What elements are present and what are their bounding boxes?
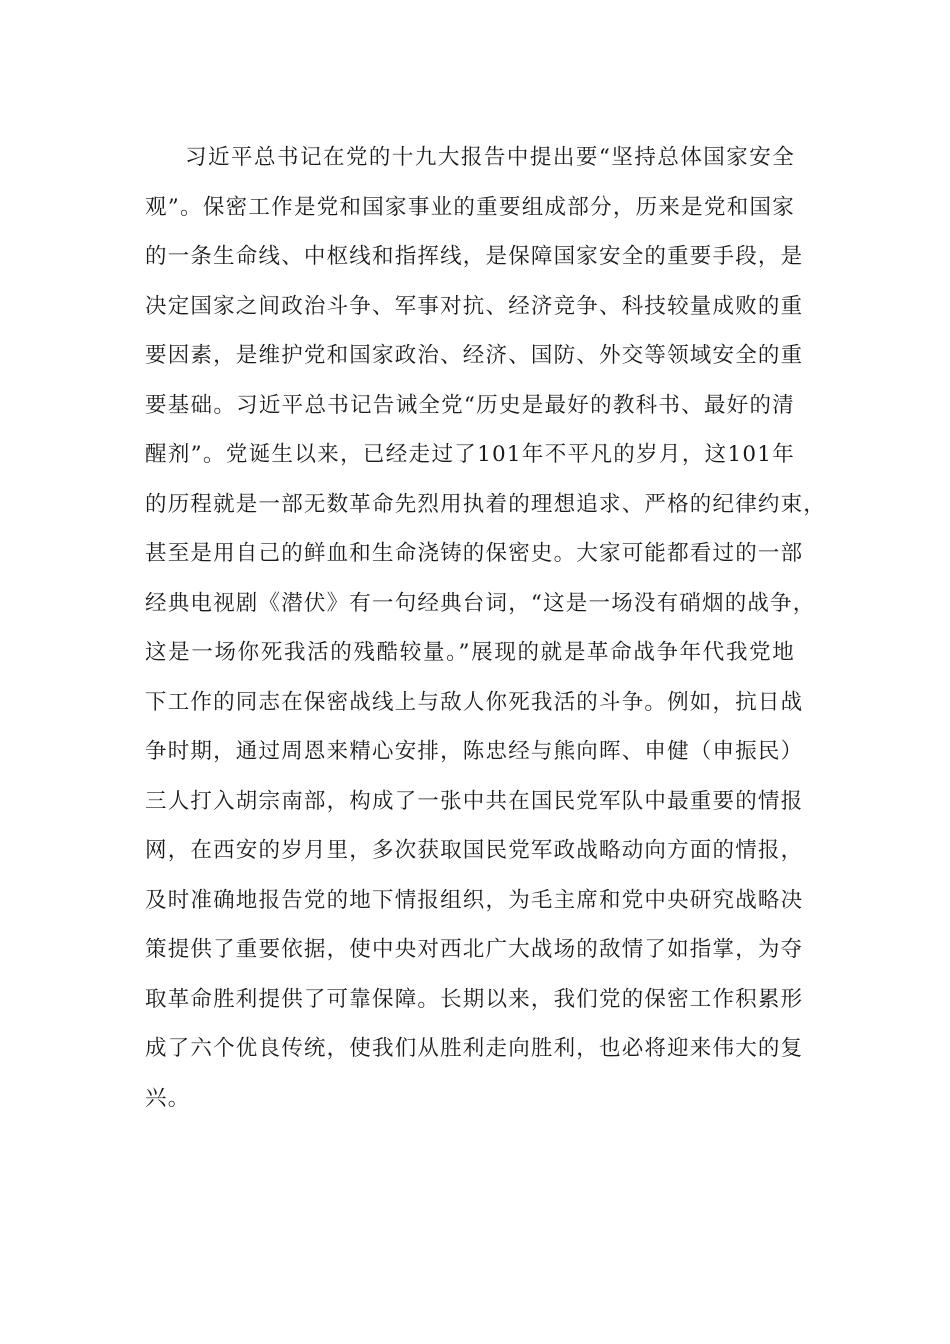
paragraph-line: 下工作的同志在保密战线上与敌人你死我活的斗争。例如，抗日战 <box>145 678 795 728</box>
paragraph-line: 争时期，通过周恩来精心安排，陈忠经与熊向晖、申健（申振民） <box>145 727 795 777</box>
paragraph-line: 策提供了重要依据，使中央对西北广大战场的敌情了如指掌，为夺 <box>145 925 795 975</box>
paragraph-line: 的历程就是一部无数革命先烈用执着的理想追求、严格的纪律约束， <box>145 480 795 530</box>
paragraph-line: 甚至是用自己的鲜血和生命浇铸的保密史。大家可能都看过的一部 <box>145 529 795 579</box>
paragraph-line: 观”。保密工作是党和国家事业的重要组成部分，历来是党和国家 <box>145 183 795 233</box>
paragraph-line: 网，在西安的岁月里，多次获取国民党军政战略动向方面的情报， <box>145 826 795 876</box>
paragraph-line: 决定国家之间政治斗争、军事对抗、经济竞争、科技较量成败的重 <box>145 282 795 332</box>
paragraph-line: 成了六个优良传统，使我们从胜利走向胜利，也必将迎来伟大的复 <box>145 1024 795 1074</box>
document-page: 习近平总书记在党的十九大报告中提出要“坚持总体国家安全 观”。保密工作是党和国家… <box>0 0 950 1344</box>
paragraph-line: 的一条生命线、中枢线和指挥线，是保障国家安全的重要手段，是 <box>145 232 795 282</box>
body-paragraph: 习近平总书记在党的十九大报告中提出要“坚持总体国家安全 观”。保密工作是党和国家… <box>145 133 795 1123</box>
paragraph-line: 要基础。习近平总书记告诫全党“历史是最好的教科书、最好的清 <box>145 381 795 431</box>
paragraph-line: 三人打入胡宗南部，构成了一张中共在国民党军队中最重要的情报 <box>145 777 795 827</box>
paragraph-line: 醒剂”。党诞生以来，已经走过了101年不平凡的岁月，这101年 <box>145 430 795 480</box>
paragraph-line: 经典电视剧《潜伏》有一句经典台词，“这是一场没有硝烟的战争， <box>145 579 795 629</box>
paragraph-line: 取革命胜利提供了可靠保障。长期以来，我们党的保密工作积累形 <box>145 975 795 1025</box>
paragraph-line: 这是一场你死我活的残酷较量。”展现的就是革命战争年代我党地 <box>145 628 795 678</box>
paragraph-line: 要因素，是维护党和国家政治、经济、国防、外交等领域安全的重 <box>145 331 795 381</box>
paragraph-line: 习近平总书记在党的十九大报告中提出要“坚持总体国家安全 <box>145 133 795 183</box>
paragraph-line: 兴。 <box>145 1074 795 1124</box>
paragraph-line: 及时准确地报告党的地下情报组织，为毛主席和党中央研究战略决 <box>145 876 795 926</box>
